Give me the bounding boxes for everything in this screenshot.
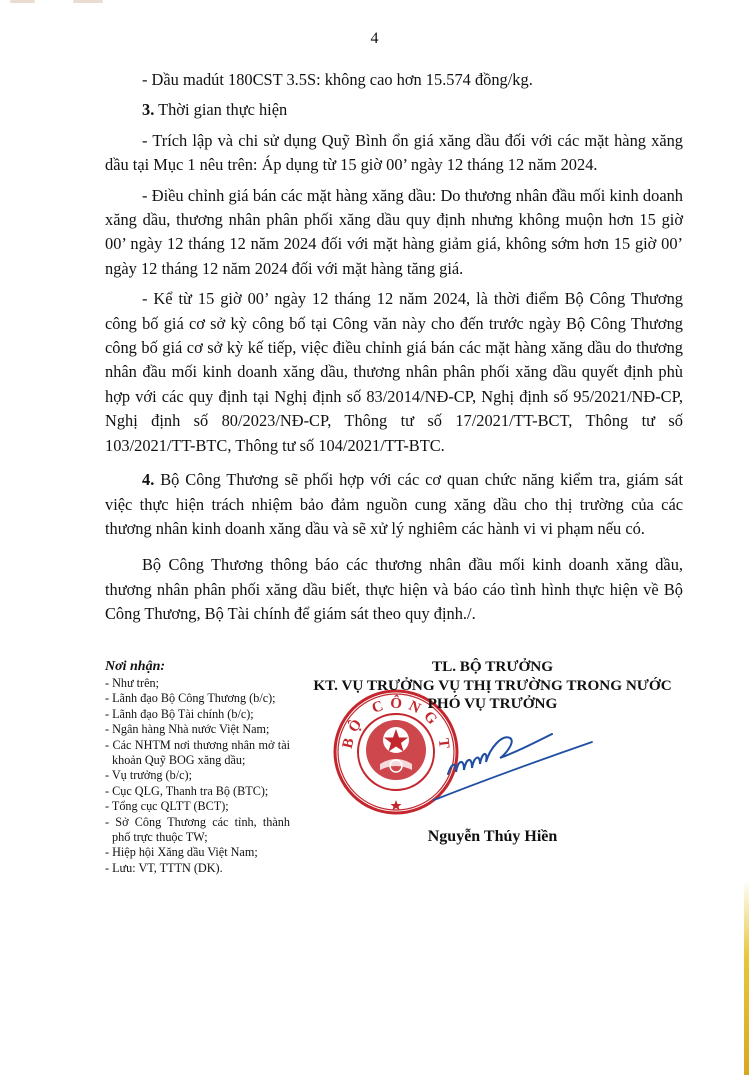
scan-edge-shadow: [744, 880, 749, 1075]
recipient-item: - Như trên;: [105, 676, 290, 691]
signature-title-line: PHÓ VỤ TRƯỞNG: [290, 695, 695, 714]
document-body: - Dầu madút 180CST 3.5S: không cao hơn 1…: [105, 68, 683, 633]
section-number: 3.: [142, 100, 154, 119]
paragraph-price-adjustment: - Điều chỉnh giá bán các mặt hàng xăng d…: [105, 184, 683, 282]
section-4-paragraph: 4. Bộ Công Thương sẽ phối hợp với các cơ…: [105, 468, 683, 541]
paragraph-text: Bộ Công Thương thông báo các thương nhân…: [105, 555, 683, 623]
recipient-item: - Lãnh đạo Bộ Tài chính (b/c);: [105, 707, 290, 722]
section-title: Thời gian thực hiện: [154, 100, 287, 119]
recipient-item: - Sở Công Thương các tỉnh, thành phố trự…: [105, 815, 290, 846]
paragraph-text: Bộ Công Thương sẽ phối hợp với các cơ qu…: [105, 470, 683, 538]
paragraph-fuel-oil-price: - Dầu madút 180CST 3.5S: không cao hơn 1…: [105, 68, 683, 92]
signer-name: Nguyễn Thúy Hiền: [290, 828, 695, 846]
recipient-item: - Hiệp hội Xăng dầu Việt Nam;: [105, 845, 290, 860]
section-number: 4.: [142, 470, 154, 489]
recipients-title: Nơi nhận:: [105, 659, 290, 675]
signature-authority-line: TL. BỘ TRƯỞNG: [290, 658, 695, 677]
paragraph-text: - Trích lập và chi sử dụng Quỹ Bình ổn g…: [105, 131, 683, 174]
signature-block: TL. BỘ TRƯỞNG KT. VỤ TRƯỞNG VỤ THỊ TRƯỜN…: [290, 658, 695, 714]
recipient-item: - Tổng cục QLTT (BCT);: [105, 799, 290, 814]
recipient-item: - Ngân hàng Nhà nước Việt Nam;: [105, 722, 290, 737]
paragraph-text: - Kể từ 15 giờ 00’ ngày 12 tháng 12 năm …: [105, 289, 683, 454]
scan-smudge: [10, 0, 35, 3]
recipient-item: - Vụ trưởng (b/c);: [105, 768, 290, 783]
signature-position-line: KT. VỤ TRƯỞNG VỤ THỊ TRƯỜNG TRONG NƯỚC: [290, 677, 695, 696]
recipient-item: - Lãnh đạo Bộ Công Thương (b/c);: [105, 691, 290, 706]
paragraph-closing-notice: Bộ Công Thương thông báo các thương nhân…: [105, 553, 683, 626]
scan-smudge: [73, 0, 103, 3]
paragraph-fund-usage: - Trích lập và chi sử dụng Quỹ Bình ổn g…: [105, 129, 683, 178]
handwritten-signature-icon: [420, 722, 600, 802]
recipients-list: Nơi nhận: - Như trên; - Lãnh đạo Bộ Công…: [105, 659, 290, 876]
recipient-item: - Các NHTM nơi thương nhân mở tài khoản …: [105, 738, 290, 769]
paragraph-text: - Điều chỉnh giá bán các mặt hàng xăng d…: [105, 186, 683, 278]
paragraph-text: - Dầu madút 180CST 3.5S: không cao hơn 1…: [142, 70, 533, 89]
page-number: 4: [0, 30, 749, 48]
recipient-item: - Lưu: VT, TTTN (DK).: [105, 861, 290, 876]
section-heading-implementation-time: 3. Thời gian thực hiện: [105, 98, 683, 122]
paragraph-base-price-period: - Kể từ 15 giờ 00’ ngày 12 tháng 12 năm …: [105, 287, 683, 458]
recipient-item: - Cục QLG, Thanh tra Bộ (BTC);: [105, 784, 290, 799]
